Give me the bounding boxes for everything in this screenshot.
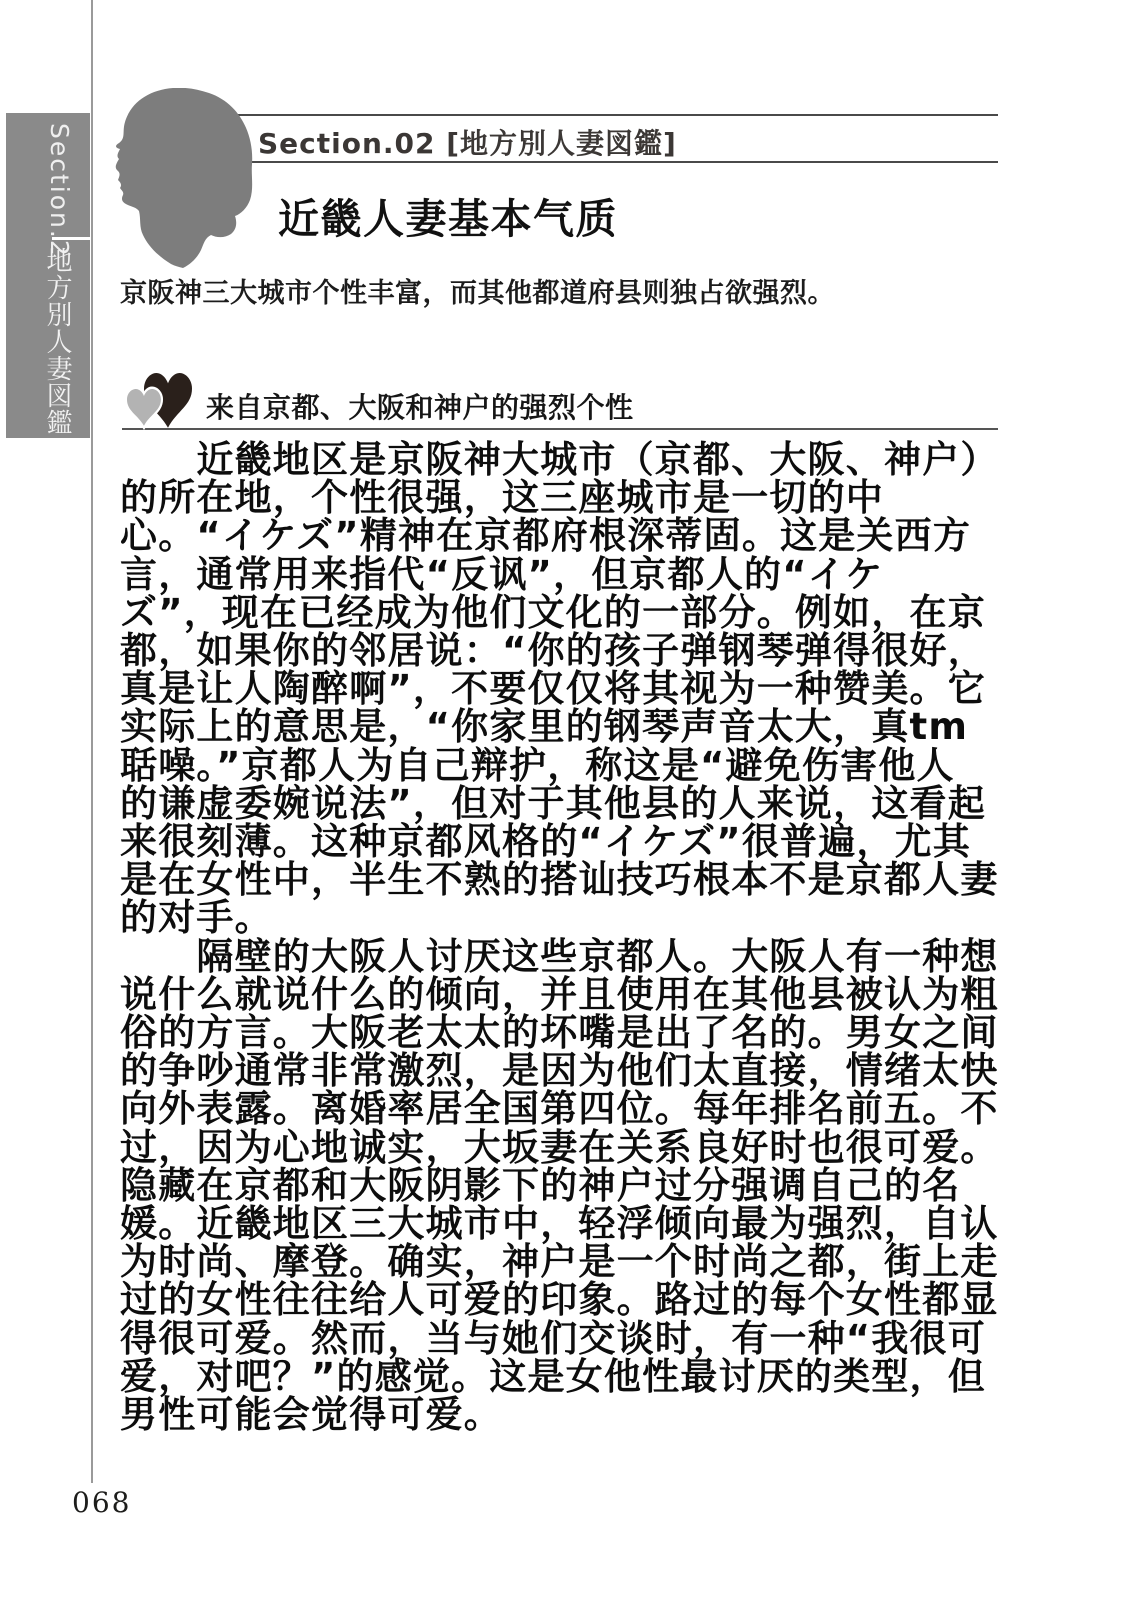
section-label: Section.02 [地方別人妻図鑑] [258, 122, 677, 162]
book-page: Section.2 地方別人妻図鑑 Section.02 [地方別人妻図鑑] 近… [0, 0, 1128, 1600]
paragraph-kyoto: 近畿地区是京阪神大城市（京都、大阪、神户） 的所在地，个性很强，这三座城市是一切… [120, 441, 1012, 938]
section-heading-rule [122, 428, 998, 430]
left-margin-rule [91, 0, 93, 1483]
two-hearts-icon [122, 371, 200, 433]
page-number: 068 [72, 1486, 131, 1519]
sidebar-divider [52, 237, 90, 240]
sidebar-section-tab: Section.2 地方別人妻図鑑 [6, 113, 90, 438]
page-subtitle: 京阪神三大城市个性丰富，而其他都道府县则独占欲强烈。 [120, 271, 835, 310]
page-title: 近畿人妻基本气质 [278, 186, 618, 245]
sidebar-series-label: 地方別人妻図鑑 [39, 247, 76, 436]
paragraph-osaka-kobe: 隔壁的大阪人讨厌这些京都人。大阪人有一种想 说什么就说什么的倾向，并且使用在其他… [120, 938, 1012, 1435]
gray-heart-icon [127, 389, 161, 426]
body-text: 近畿地区是京阪神大城市（京都、大阪、神户） 的所在地，个性很强，这三座城市是一切… [120, 441, 1012, 1434]
section-heading-label: 来自京都、大阪和神户的强烈个性 [206, 386, 634, 426]
header-rule-top [238, 114, 998, 116]
woman-profile-silhouette-icon [113, 88, 255, 270]
